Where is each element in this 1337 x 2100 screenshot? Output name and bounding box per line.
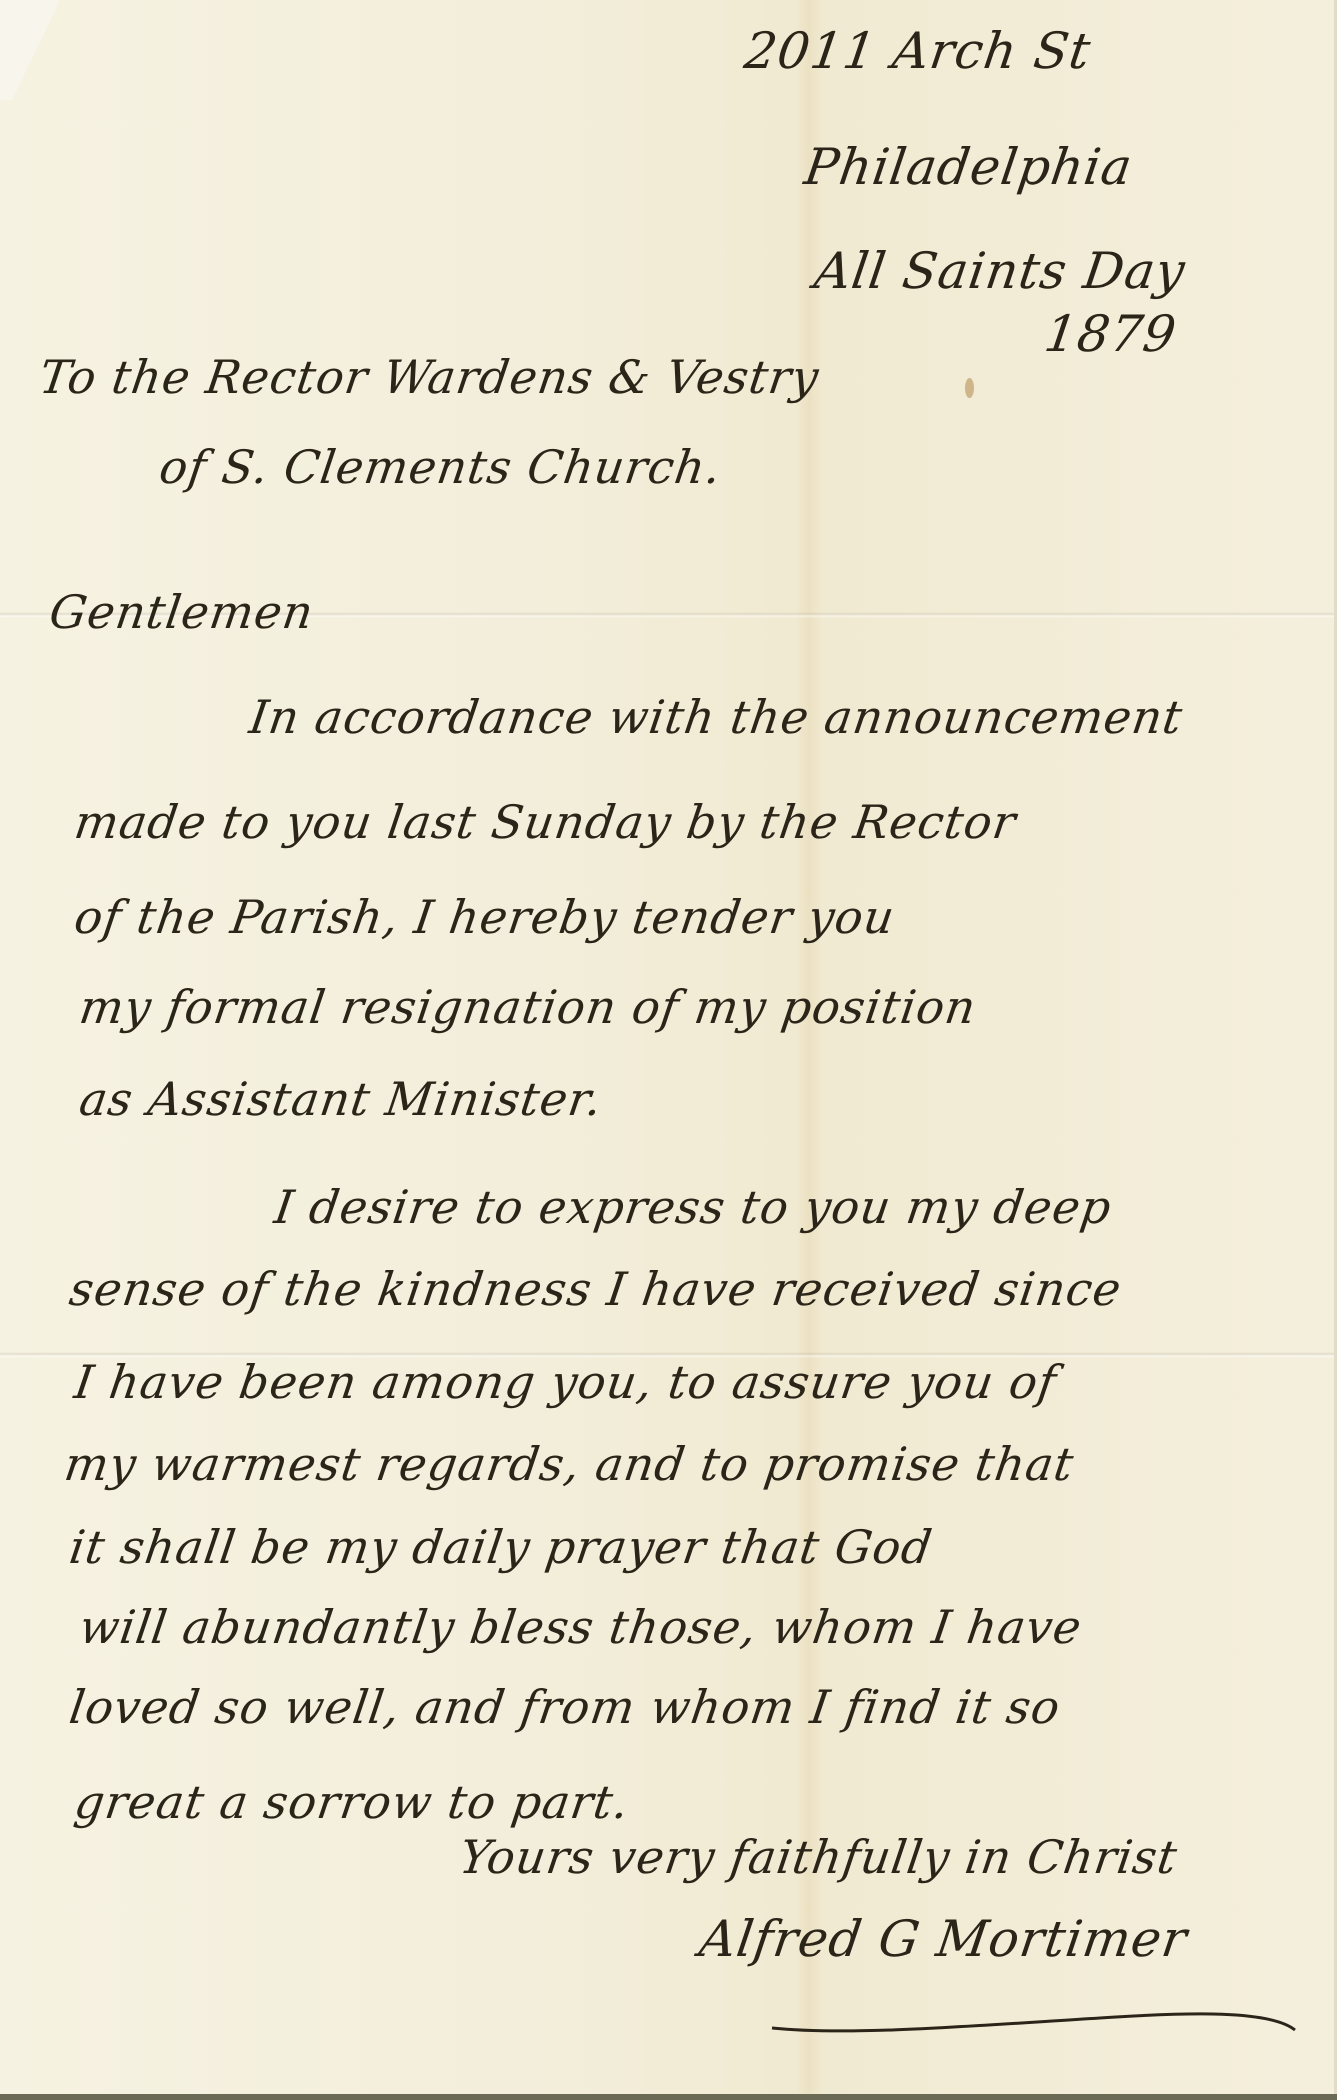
- paper-bottom-edge: [0, 2094, 1337, 2100]
- body-line: great a sorrow to part.: [71, 1775, 633, 1829]
- body-line: will abundantly bless those, whom I have: [76, 1600, 1085, 1654]
- signature: Alfred G Mortimer: [696, 1910, 1191, 1968]
- recipient-line-2: of S. Clements Church.: [156, 440, 725, 494]
- body-line: it shall be my daily prayer that God: [66, 1520, 936, 1574]
- body-line: loved so well, and from whom I find it s…: [66, 1680, 1064, 1734]
- vertical-fold-crease: [795, 0, 823, 2100]
- header-city: Philadelphia: [801, 138, 1136, 196]
- body-line: sense of the kindness I have received si…: [66, 1262, 1125, 1316]
- body-line: my formal resignation of my position: [76, 980, 980, 1034]
- body-line: as Assistant Minister.: [76, 1072, 606, 1126]
- body-line: made to you last Sunday by the Rector: [71, 795, 1020, 849]
- body-line: of the Parish, I hereby tender you: [71, 890, 898, 944]
- salutation: Gentlemen: [46, 585, 317, 639]
- body-line: In accordance with the announcement: [246, 690, 1186, 744]
- recipient-line-1: To the Rector Wardens & Vestry: [36, 350, 822, 404]
- paper-stain: [965, 378, 974, 398]
- header-year: 1879: [1041, 305, 1180, 363]
- signature-flourish: [770, 2000, 1300, 2040]
- body-line: I have been among you, to assure you of: [71, 1355, 1060, 1409]
- body-line: my warmest regards, and to promise that: [61, 1437, 1077, 1491]
- header-date: All Saints Day: [811, 242, 1189, 300]
- header-address: 2011 Arch St: [741, 22, 1095, 80]
- closing: Yours very faithfully in Christ: [456, 1830, 1181, 1884]
- body-line: I desire to express to you my deep: [271, 1180, 1115, 1234]
